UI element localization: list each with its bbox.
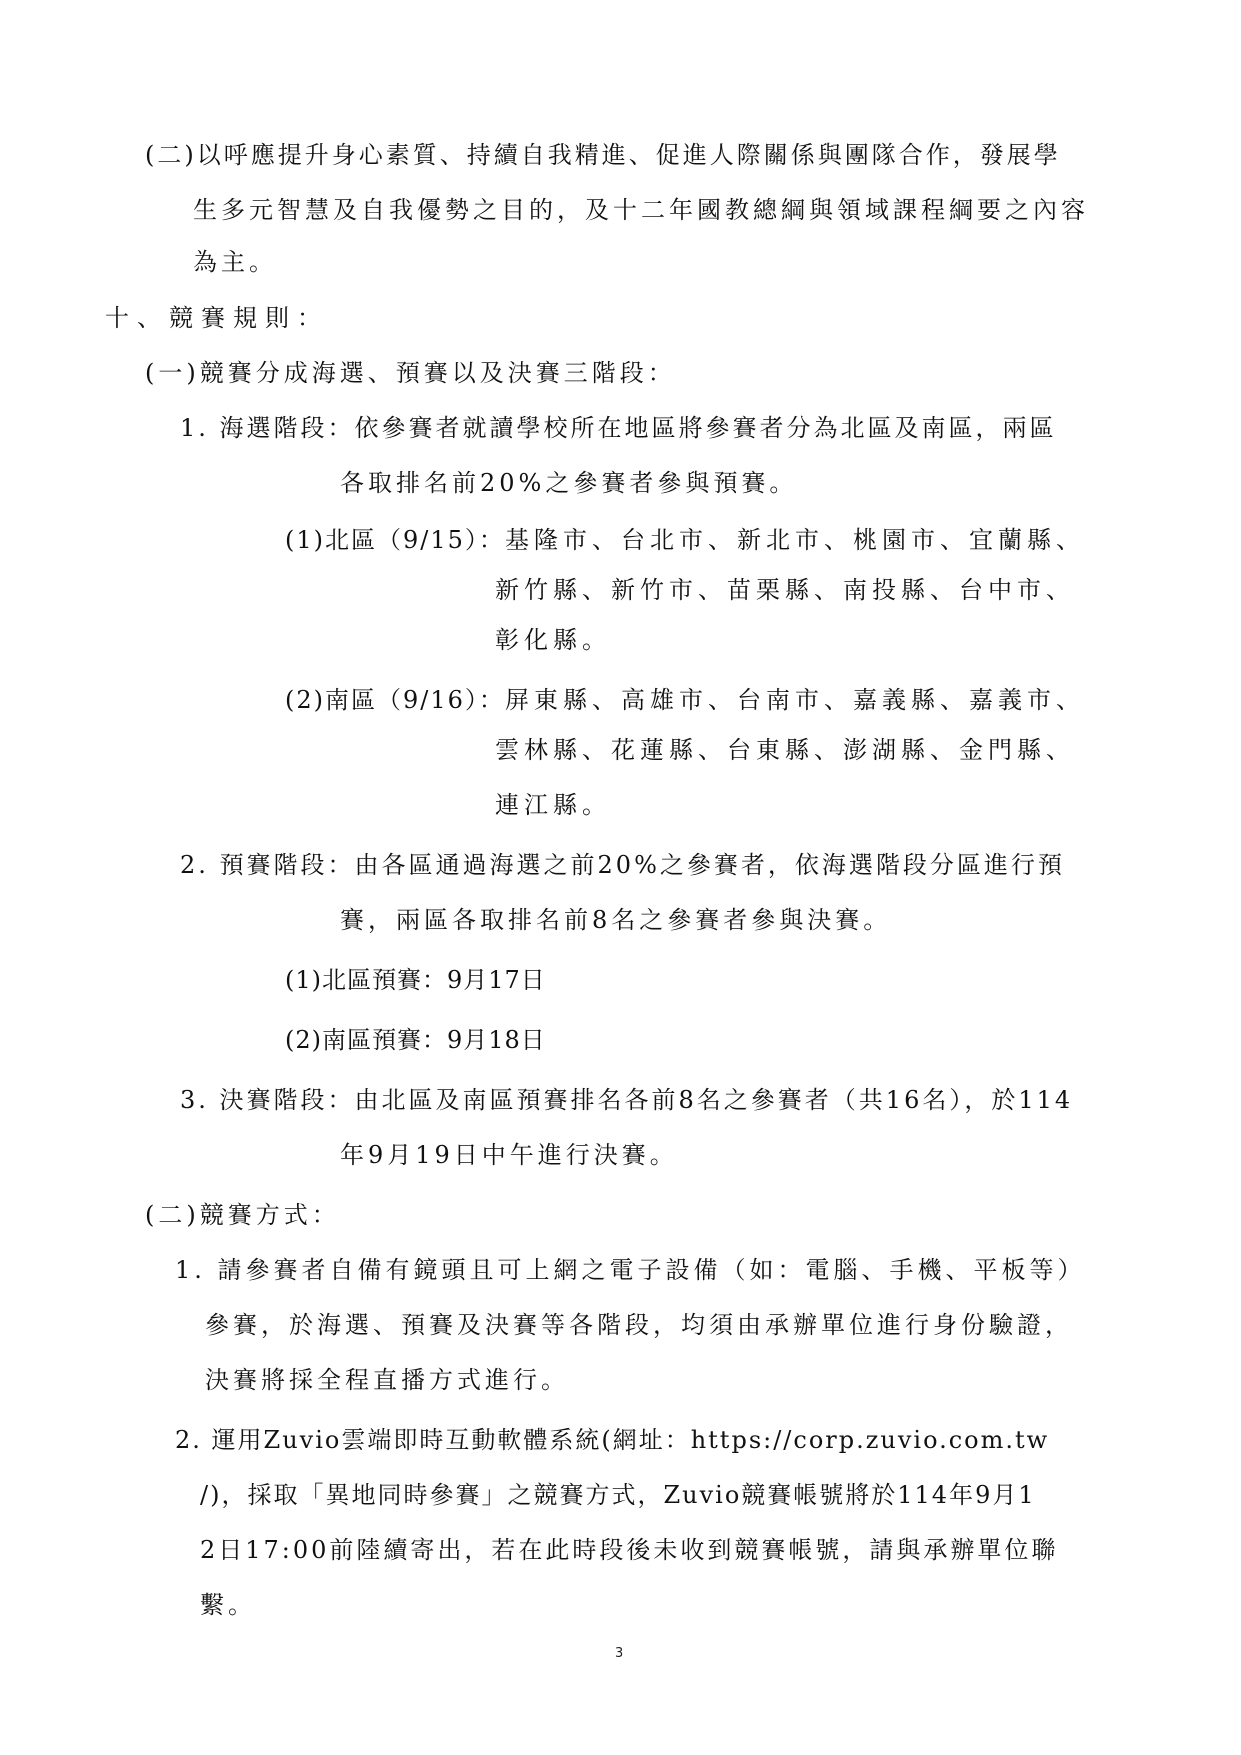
section-heading: 十、競賽規則： (105, 303, 329, 333)
prelim-date-south: (2)南區預賽：9月18日 (285, 1025, 546, 1055)
region-counties-south: 連江縣。 (495, 790, 611, 820)
region-counties-north: 彰化縣。 (495, 625, 611, 655)
list-item-continuation: 賽，兩區各取排名前8名之參賽者參與決賽。 (340, 905, 891, 935)
paragraph-line: (二)以呼應提升身心素質、持續自我精進、促進人際關係與團隊合作，發展學 (145, 140, 1061, 170)
list-item-1: 1. 海選階段：依參賽者就讀學校所在地區將參賽者分為北區及南區，兩區 (180, 413, 1057, 443)
list-item-2: 2. 運用Zuvio雲端即時互動軟體系統(網址：https://corp.zuv… (175, 1425, 1049, 1455)
list-item-continuation: 各取排名前20%之參賽者參與預賽。 (340, 468, 797, 498)
page-number: 3 (615, 1646, 623, 1661)
region-counties-north: 新竹縣、新竹市、苗栗縣、南投縣、台中市、 (495, 575, 1075, 605)
region-counties-north: 基隆市、台北市、新北市、桃園市、宜蘭縣、 (505, 525, 1085, 555)
subsection-heading: (一)競賽分成海選、預賽以及決賽三階段： (145, 358, 676, 388)
list-item-continuation: 決賽將採全程直播方式進行。 (205, 1365, 569, 1395)
region-counties-south: 屏東縣、高雄市、台南市、嘉義縣、嘉義市、 (505, 685, 1085, 715)
list-item-continuation: 參賽，於海選、預賽及決賽等各階段，均須由承辦單位進行身份驗證， (205, 1310, 1073, 1340)
list-item-2: 2. 預賽階段：由各區通過海選之前20%之參賽者，依海選階段分區進行預 (180, 850, 1065, 880)
paragraph-line: 生多元智慧及自我優勢之目的，及十二年國教總綱與領域課程綱要之內容 (193, 195, 1089, 225)
region-label-north: (1)北區（9/15）： (285, 525, 505, 555)
list-item-continuation: 年9月19日中午進行決賽。 (340, 1140, 678, 1170)
list-item-3: 3. 決賽階段：由北區及南區預賽排名各前8名之參賽者（共16名），於114 (180, 1085, 1073, 1115)
list-item-continuation: /)，採取「異地同時參賽」之競賽方式，Zuvio競賽帳號將於114年9月1 (200, 1480, 1036, 1510)
prelim-date-north: (1)北區預賽：9月17日 (285, 965, 546, 995)
list-item-1: 1. 請參賽者自備有鏡頭且可上網之電子設備（如：電腦、手機、平板等） (175, 1255, 1086, 1285)
paragraph-line: 為主。 (193, 247, 277, 277)
list-item-continuation: 2日17:00前陸續寄出，若在此時段後未收到競賽帳號，請與承辦單位聯 (200, 1535, 1058, 1565)
list-item-continuation: 繫。 (200, 1590, 256, 1620)
subsection-heading: (二)競賽方式： (145, 1200, 340, 1230)
region-counties-south: 雲林縣、花蓮縣、台東縣、澎湖縣、金門縣、 (495, 735, 1075, 765)
region-label-south: (2)南區（9/16）： (285, 685, 505, 715)
